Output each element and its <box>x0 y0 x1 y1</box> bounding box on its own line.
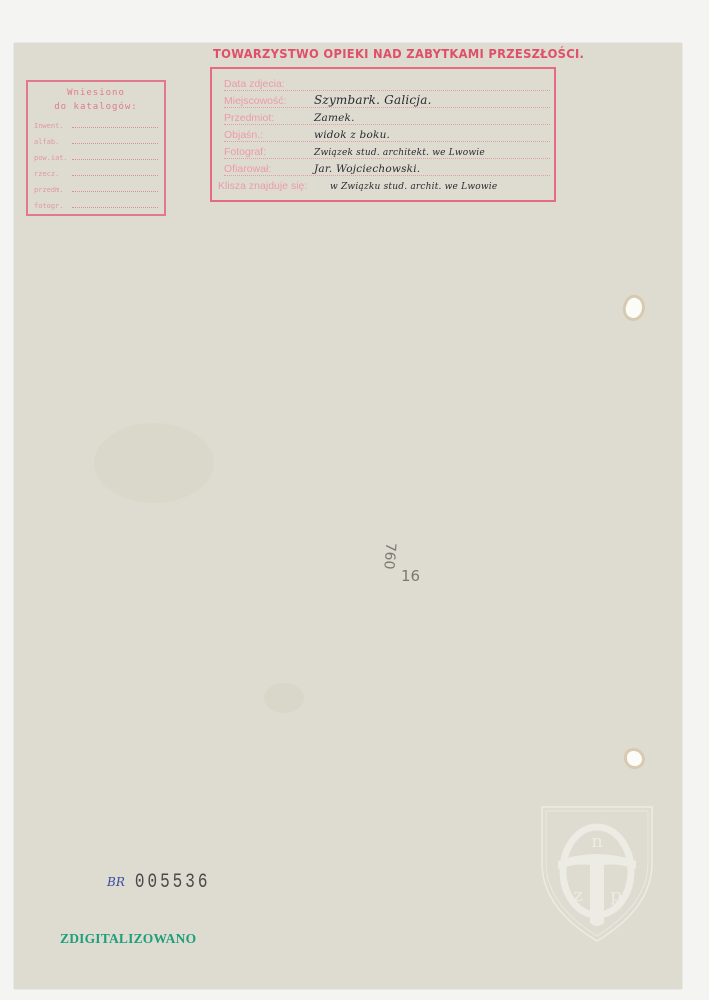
pencil-number-rotated: 760 <box>380 542 398 570</box>
field-donor: Ofiarował: Jar. Wojciechowski. <box>224 159 550 176</box>
society-emblem-watermark: n z p <box>538 803 656 943</box>
catalog-row: Inwent. <box>28 114 164 130</box>
field-location: Miejscowość: Szymbark. Galicja. <box>224 91 550 108</box>
paper-stain <box>264 683 304 713</box>
catalog-row: pow.iat. <box>28 146 164 162</box>
paper-hole <box>627 751 642 766</box>
field-description: Objaśn.: widok z boku. <box>224 125 550 142</box>
field-subject: Przedmiot: Zamek. <box>224 108 550 125</box>
digitized-stamp: ZDIGITALIZOWANO <box>60 931 196 947</box>
field-negative-location: Klisza znajduje się: w Związku stud. arc… <box>218 176 568 192</box>
svg-text:z: z <box>573 885 582 906</box>
catalog-row: alfab. <box>28 130 164 146</box>
svg-text:p: p <box>610 885 622 906</box>
society-stamp-title: TOWARZYSTWO OPIEKI NAD ZABYTKAMI PRZESZŁ… <box>213 47 563 62</box>
catalog-row: przedm. <box>28 178 164 194</box>
svg-text:n: n <box>591 831 603 852</box>
catalog-row: fotogr. <box>28 194 164 210</box>
field-date: Data zdjecia: <box>224 74 550 91</box>
inventory-number: BR 005536 <box>107 873 210 891</box>
society-form-stamp: Data zdjecia: Miejscowość: Szymbark. Gal… <box>210 67 556 202</box>
catalog-row: rzecz. <box>28 162 164 178</box>
paper-stain <box>94 423 214 503</box>
catalog-stamp-heading: Wniesiono do katalogów: <box>28 86 164 114</box>
catalog-stamp: Wniesiono do katalogów: Inwent. alfab. p… <box>26 80 166 216</box>
pencil-number: 16 <box>401 567 420 585</box>
field-photographer: Fotograf: Związek stud. architekt. we Lw… <box>224 142 550 159</box>
